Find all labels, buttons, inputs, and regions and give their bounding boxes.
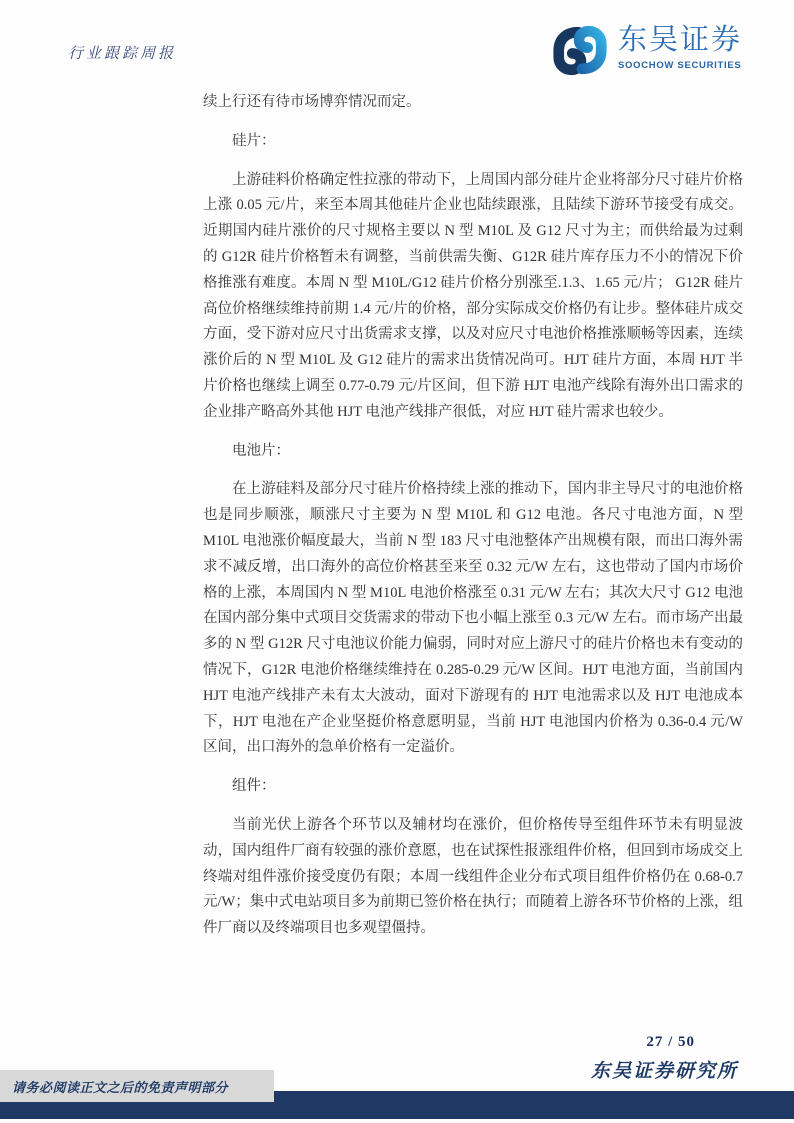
section-paragraph-module: 当前光伏上游各个环节以及辅材均在涨价，但价格传导至组件环节未有明显波动，国内组件… bbox=[203, 813, 743, 942]
report-page: 行业跟踪周报 东吴证券 SOOCHOW SECURITIES 续上行还有待市场博… bbox=[0, 0, 794, 1123]
brand-logo: 东吴证券 SOOCHOW SECURITIES bbox=[551, 25, 742, 76]
section-paragraph-battery-cell: 在上游硅料及部分尺寸硅片价格持续上涨的推动下，国内非主导尺寸的电池价格也是同步顺… bbox=[203, 477, 743, 761]
disclaimer-banner: 请务必阅读正文之后的免责声明部分 bbox=[0, 1070, 274, 1102]
section-heading-module: 组件： bbox=[203, 774, 743, 800]
report-body: 续上行还有待市场博弈情况而定。 硅片： 上游硅料价格确定性拉涨的带动下，上周国内… bbox=[203, 90, 743, 955]
institute-name: 东吴证券研究所 bbox=[591, 1056, 738, 1083]
brand-name-en: SOOCHOW SECURITIES bbox=[618, 60, 742, 71]
intro-paragraph: 续上行还有待市场博弈情况而定。 bbox=[203, 90, 743, 116]
section-paragraph-silicon-wafer: 上游硅料价格确定性拉涨的带动下，上周国内部分硅片企业将部分尺寸硅片价格上涨 0.… bbox=[203, 168, 743, 426]
disclaimer-text: 请务必阅读正文之后的免责声明部分 bbox=[12, 1077, 228, 1096]
brand-name-cn: 东吴证券 bbox=[618, 25, 742, 57]
page-number: 27 / 50 bbox=[646, 1034, 695, 1051]
soochow-logo-icon bbox=[551, 25, 609, 76]
brand-text: 东吴证券 SOOCHOW SECURITIES bbox=[618, 25, 742, 71]
section-heading-silicon-wafer: 硅片： bbox=[203, 129, 743, 155]
section-heading-battery-cell: 电池片： bbox=[203, 439, 743, 465]
report-type-label: 行业跟踪周报 bbox=[68, 42, 176, 63]
